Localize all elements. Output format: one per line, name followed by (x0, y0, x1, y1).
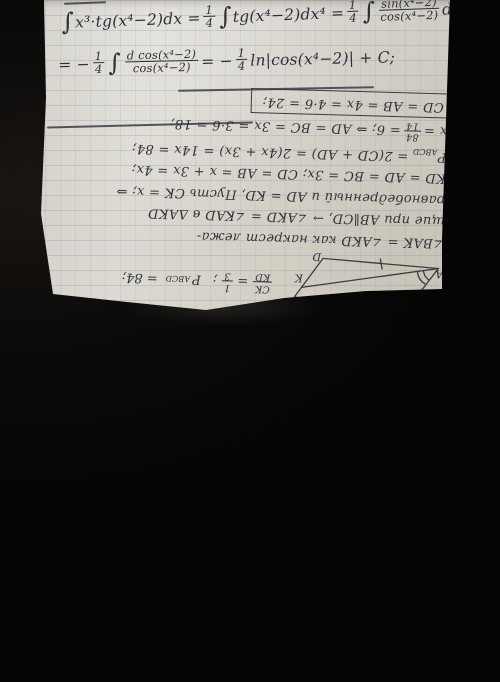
integral-sign: ∫ (108, 55, 121, 72)
integral-line-2: = − 1 4 ∫ d cos(x⁴−2) cos(x⁴−2) = − 1 4 … (58, 44, 395, 77)
boxed-answer: CD = AB = 4x = 4·6 = 24; (251, 88, 448, 119)
fraction-numerator: 1 (222, 281, 232, 292)
perimeter-symbol: P (192, 272, 201, 287)
fraction-sin-cos: sin(x⁴−2) cos(x⁴−2) (379, 0, 440, 23)
x-equals: x = (423, 119, 447, 141)
fraction-1-4: 1 4 (347, 0, 359, 24)
integral-l2-part-d: ln|cos(x⁴−2)| + C; (250, 48, 395, 69)
perimeter-symbol: P (437, 149, 447, 164)
integral-sign: ∫ (219, 8, 232, 25)
perimeter-subscript: ABCD (166, 274, 191, 284)
integral-l1-part-b: tg(x⁴−2)dx⁴ = (232, 4, 344, 26)
integral-l2-part-c: = − (201, 52, 233, 71)
fraction-denominator: cos(x⁴−2) (133, 61, 191, 74)
integral-l1-part-a: x³·tg(x⁴−2)dx = (75, 9, 201, 31)
notebook-paper: ∫ x³·tg(x⁴−2)dx = 1 4 ∫ tg(x⁴−2)dx⁴ = 1 … (0, 0, 500, 332)
perimeter-subscript: ABCD (413, 147, 438, 157)
fraction-denominator: 4 (95, 63, 103, 75)
integral-l2-part-a: = − (58, 55, 90, 74)
vertex-label-a: A (435, 267, 444, 280)
fraction-1-4: 1 4 (236, 47, 248, 72)
fraction-denominator: 4 (349, 12, 357, 24)
perimeter-value: = 84; (122, 270, 158, 286)
integral-sign: ∫ (61, 14, 74, 31)
fraction-1-4: 1 4 (203, 4, 215, 29)
fraction-1-3: 1 3 (222, 271, 233, 292)
separator: ; (213, 272, 218, 287)
vertex-label-b: B (407, 305, 416, 318)
fraction-numerator: CK (253, 282, 272, 294)
vertex-label-d: D (312, 250, 322, 263)
fraction-denominator: 14 (406, 120, 419, 130)
fraction-84-14: 84 14 (403, 120, 421, 142)
fraction-denominator: cos(x⁴−2) (380, 9, 438, 23)
vertex-label-k: K (294, 271, 304, 284)
integral-l1-part-d: dx⁴ = (442, 0, 486, 18)
fraction-denominator: 4 (238, 60, 246, 72)
integral-sign: ∫ (362, 3, 375, 20)
top-overline (64, 1, 106, 4)
scanner-background: ∫ x³·tg(x⁴−2)dx = 1 4 ∫ tg(x⁴−2)dx⁴ = 1 … (0, 0, 500, 682)
angle-arc-bak (423, 271, 429, 280)
fraction-numerator: 84 (403, 130, 420, 142)
fraction-denominator: 4 (206, 17, 214, 29)
fraction-denominator: 3 (224, 271, 230, 281)
segment-ak (301, 265, 438, 292)
given-data: CK KD = 1 3 ; PABCD = 84; (121, 267, 275, 292)
fraction-ck-kd: CK KD (253, 272, 272, 294)
integral-line-1: ∫ x³·tg(x⁴−2)dx = 1 4 ∫ tg(x⁴−2)dx⁴ = 1 … (60, 0, 486, 35)
fraction-1-4: 1 4 (92, 50, 104, 75)
fraction-dcos-cos: d cos(x⁴−2) cos(x⁴−2) (125, 48, 199, 75)
equals-sign: = (237, 273, 248, 288)
geometry-solution-upside-down: A B C K D CK KD = 1 3 ; (52, 89, 448, 320)
fraction-denominator: KD (255, 272, 270, 283)
